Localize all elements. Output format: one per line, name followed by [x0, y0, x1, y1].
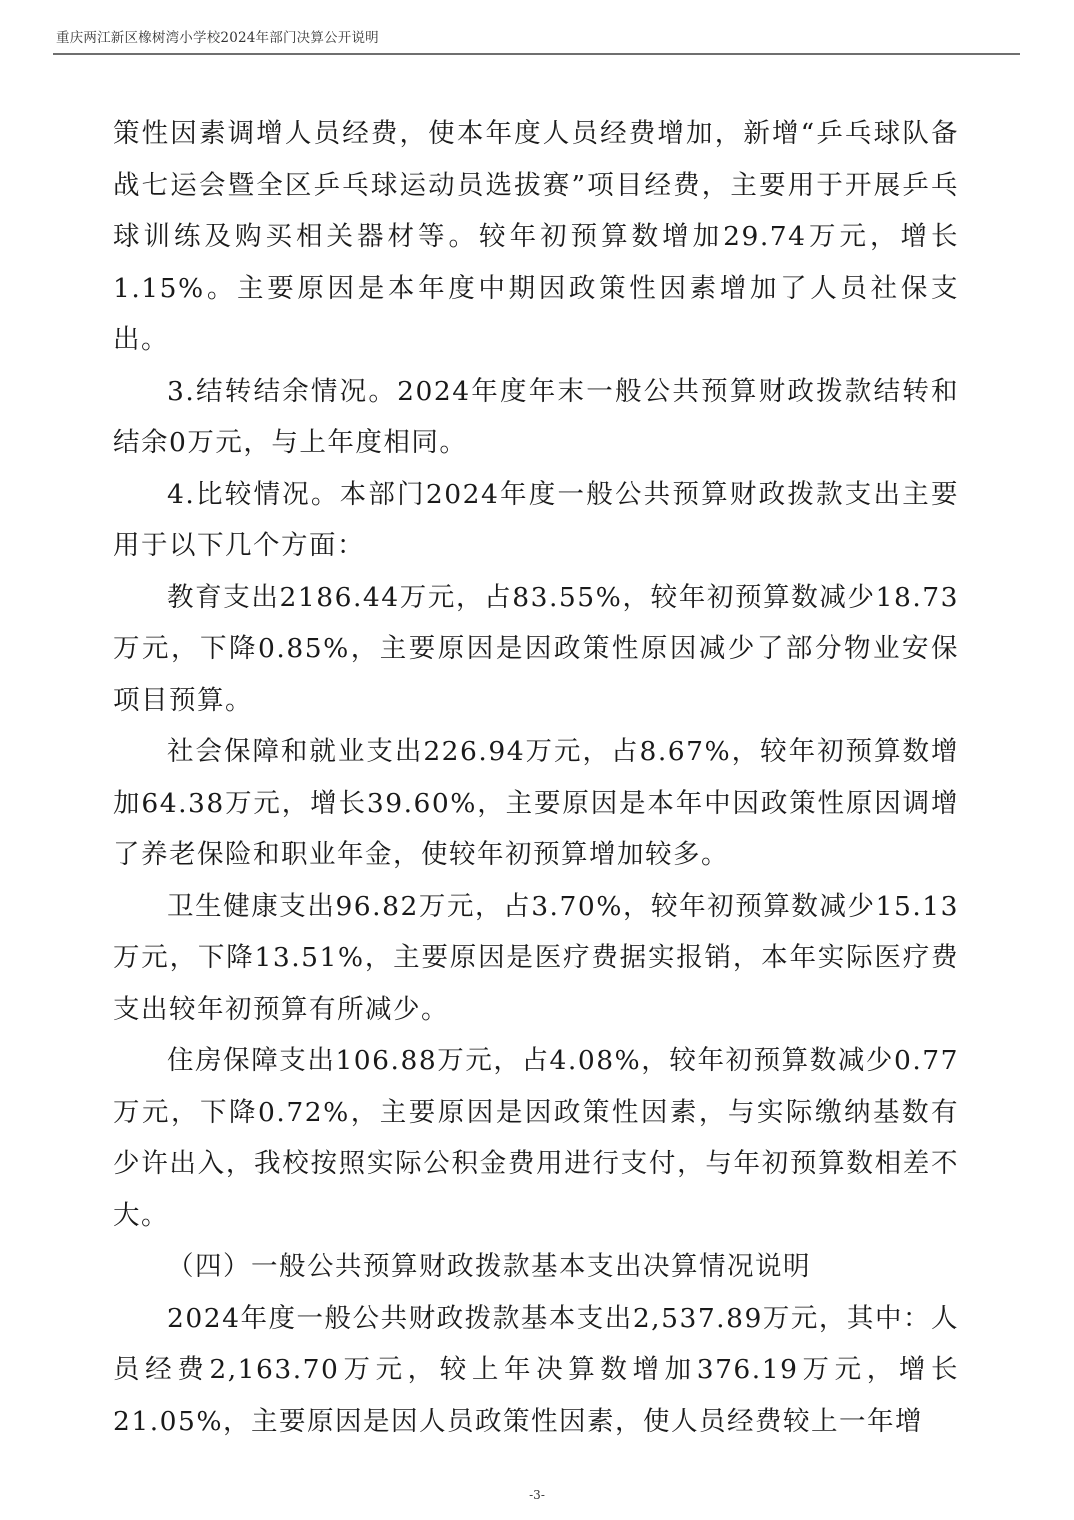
- paragraph-basic-expenditure: 2024年度一般公共财政拨款基本支出2,537.89万元，其中：人员经费2,16…: [113, 1293, 959, 1448]
- paragraph-continuation: 策性因素调增人员经费，使本年度人员经费增加，新增“乒乓球队备战七运会暨全区乒乓球…: [113, 108, 959, 366]
- paragraph-comparison: 4.比较情况。本部门2024年度一般公共预算财政拨款支出主要用于以下几个方面：: [113, 469, 959, 572]
- section-heading-basic-expenditure: （四）一般公共预算财政拨款基本支出决算情况说明: [113, 1241, 959, 1293]
- page-number: -3-: [0, 1488, 1074, 1502]
- paragraph-social-security-expenditure: 社会保障和就业支出226.94万元，占8.67%，较年初预算数增加64.38万元…: [113, 726, 959, 881]
- document-body: 策性因素调增人员经费，使本年度人员经费增加，新增“乒乓球队备战七运会暨全区乒乓球…: [113, 108, 959, 1447]
- document-header-title: 重庆两江新区橡树湾小学校2024年部门决算公开说明: [56, 26, 379, 46]
- paragraph-carryover-balance: 3.结转结余情况。2024年度年末一般公共预算财政拨款结转和结余0万元，与上年度…: [113, 366, 959, 469]
- paragraph-housing-expenditure: 住房保障支出106.88万元，占4.08%，较年初预算数减少0.77万元，下降0…: [113, 1035, 959, 1241]
- paragraph-education-expenditure: 教育支出2186.44万元，占83.55%，较年初预算数减少18.73万元，下降…: [113, 572, 959, 727]
- header-divider: [53, 53, 1020, 55]
- paragraph-health-expenditure: 卫生健康支出96.82万元，占3.70%，较年初预算数减少15.13万元，下降1…: [113, 881, 959, 1036]
